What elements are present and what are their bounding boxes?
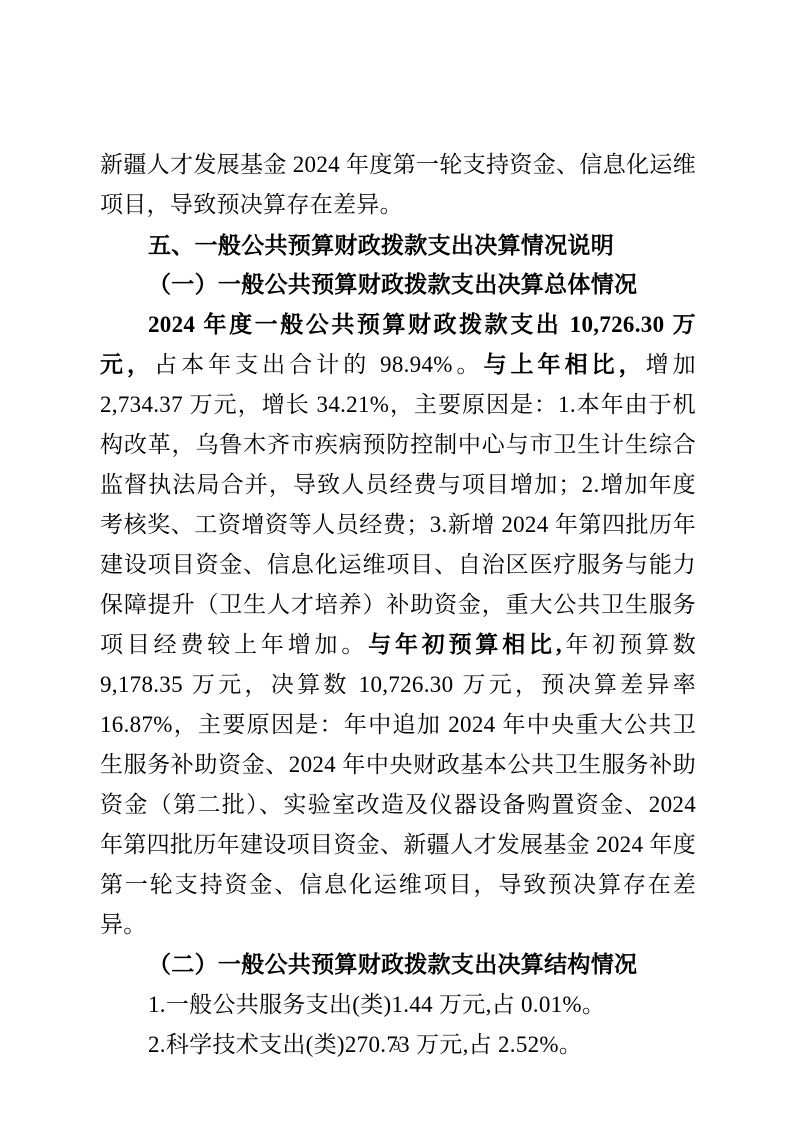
section-heading: （一）一般公共预算财政拨款支出决算总体情况 xyxy=(100,265,696,305)
text-segment-bold: （二）一般公共预算财政拨款支出决算结构情况 xyxy=(148,952,637,977)
text-segment: 占本年支出合计的 98.94%。 xyxy=(154,352,483,377)
text-segment-bold: 与年初预算相比, xyxy=(368,632,562,657)
text-segment-bold: 与上年相比， xyxy=(484,352,646,377)
paragraph: 新疆人才发展基金 2024 年度第一轮支持资金、信息化运维项目，导致预决算存在差… xyxy=(100,145,696,225)
text-segment: 年初预算数 9,178.35 万元，决算数 10,726.30 万元，预决算差异… xyxy=(100,632,696,937)
paragraph: 1.一般公共服务支出(类)1.44 万元,占 0.01%。 xyxy=(100,985,696,1025)
page-footer: 9 xyxy=(0,1038,793,1056)
document-page: 新疆人才发展基金 2024 年度第一轮支持资金、信息化运维项目，导致预决算存在差… xyxy=(0,0,793,1122)
page-number: 9 xyxy=(393,1039,400,1054)
section-heading: （二）一般公共预算财政拨款支出决算结构情况 xyxy=(100,945,696,985)
text-segment-bold: 五、一般公共预算财政拨款支出决算情况说明 xyxy=(148,232,614,258)
text-segment: 1.一般公共服务支出(类)1.44 万元,占 0.01%。 xyxy=(148,992,605,1017)
section-heading: 五、一般公共预算财政拨款支出决算情况说明 xyxy=(100,225,696,265)
document-body: 新疆人才发展基金 2024 年度第一轮支持资金、信息化运维项目，导致预决算存在差… xyxy=(100,145,696,1065)
text-segment: 增加 2,734.37 万元，增长 34.21%，主要原因是：1.本年由于机构改… xyxy=(100,352,696,657)
text-segment-bold: （一）一般公共预算财政拨款支出决算总体情况 xyxy=(148,272,637,297)
text-segment: 新疆人才发展基金 2024 年度第一轮支持资金、信息化运维项目，导致预决算存在差… xyxy=(100,152,696,217)
paragraph: 2024 年度一般公共预算财政拨款支出 10,726.30 万元，占本年支出合计… xyxy=(100,305,696,945)
